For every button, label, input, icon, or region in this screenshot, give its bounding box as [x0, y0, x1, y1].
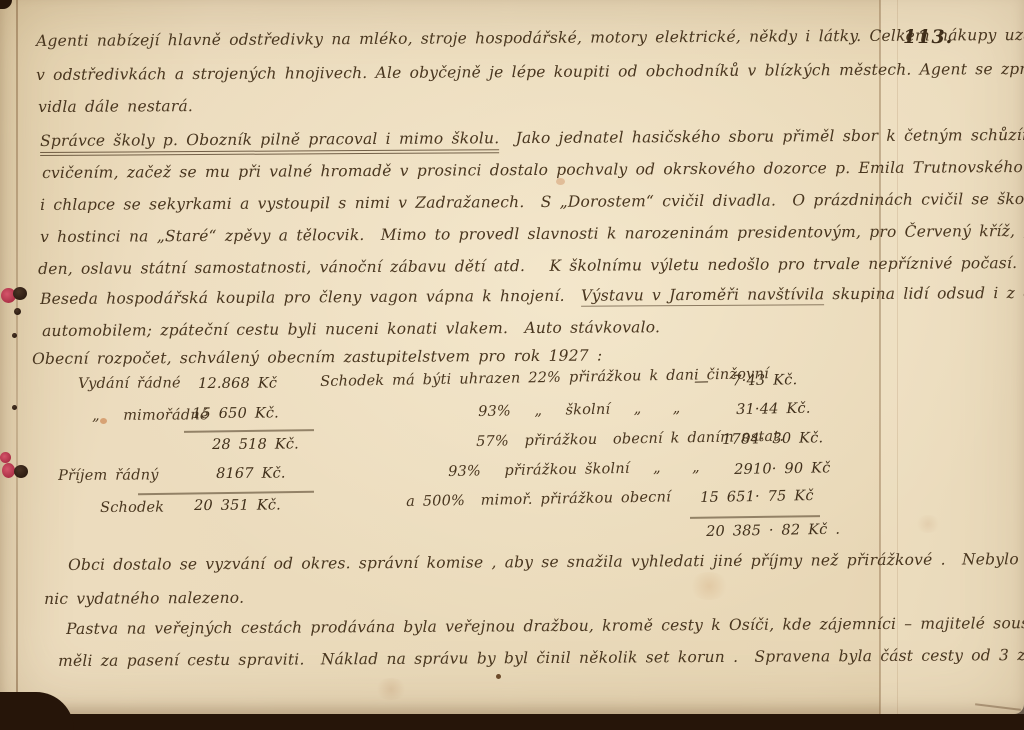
paper-stain: [374, 678, 408, 700]
page-edge-line: [879, 0, 881, 714]
surcharge-total: 20 385 · 82 Kč .: [706, 522, 840, 540]
budget-label-income: Příjem řádný: [58, 467, 159, 484]
double-underlined-phrase: Správce školy p. Obozník pilně pracoval …: [40, 129, 499, 156]
left-fold-line: [16, 0, 18, 714]
binding-knot-small-icon: [14, 308, 21, 315]
binding-thread-red-icon: [0, 452, 11, 463]
surcharge-row-value: 31·44 Kč.: [736, 401, 811, 418]
budget-label-deficit: Schodek: [100, 500, 164, 516]
surcharge-row-value: — 7·43 Kč.: [694, 372, 797, 390]
chronicle-page-scan: 113. Agenti nabízejí hlavně odstředivky …: [0, 0, 1024, 730]
page-edge-line-faint: [897, 0, 898, 714]
budget-value-deficit: 20 351 Kč.: [194, 497, 281, 514]
budget-value-income: 8167 Kč.: [216, 466, 286, 482]
handwritten-line: automobilem; zpáteční cestu byli nuceni …: [42, 318, 660, 340]
budget-value-expense: 12.868 Kč: [198, 376, 277, 392]
underlying-page-edge: [880, 0, 1024, 714]
handwritten-line: nic vydatného nalezeno.: [44, 589, 244, 608]
paper-stain: [688, 572, 730, 600]
binding-knot-small-icon: [12, 333, 17, 338]
budget-value-extra: 15 650 Kč.: [192, 405, 279, 422]
line-start: Beseda hospodářská koupila pro členy vag…: [40, 287, 581, 308]
binding-knot-icon: [13, 287, 27, 300]
binding-knot-small-icon: [12, 405, 17, 410]
binding-knot-icon: [14, 465, 28, 478]
handwritten-line: vidla dále nestará.: [38, 97, 193, 116]
line-continuation: skupina lidí odsud i z okolí: [824, 284, 1024, 303]
budget-total-expense: 28 518 Kč.: [212, 436, 299, 453]
surcharge-row-value: 2910· 90 Kč: [734, 460, 831, 478]
ink-speck: [496, 674, 501, 679]
surcharge-row-value: 1784· 30 Kč.: [722, 430, 823, 448]
surcharge-row-value: 15 651· 75 Kč: [700, 488, 814, 506]
budget-label-expense: Vydání řádné: [78, 375, 181, 392]
budget-heading: Obecní rozpočet, schválený obecním zastu…: [32, 347, 602, 368]
rust-speck: [556, 178, 565, 185]
line-continuation: Jako jednatel hasičského sboru přiměl sb…: [499, 126, 1024, 147]
underlined-phrase: Výstavu v Jaroměři navštívila: [581, 285, 824, 306]
paper-stain: [915, 515, 941, 533]
